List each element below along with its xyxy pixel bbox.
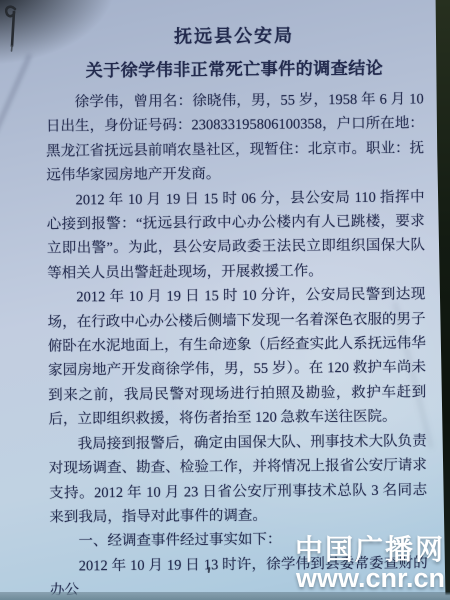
paragraph-investigation-setup: 我局接到报警后，确定由国保大队、刑事技术大队负责对现场调查、勘查、检验工作，并将…: [49, 429, 428, 530]
watermark: 中国广播网 www.cnr.cn: [295, 535, 445, 592]
paper-crease: [0, 54, 31, 156]
document-page: 抚远县公安局 关于徐学伟非正常死亡事件的调查结论 徐学伟，曾用名：徐晓伟，男，5…: [45, 20, 428, 600]
watermark-site-url: www.cnr.cn: [295, 564, 445, 592]
document-title: 抚远县公安局: [45, 20, 423, 49]
paper-pin-icon: [2, 2, 32, 62]
photo-background-bottom-edge: [0, 592, 450, 600]
photo-background-right-edge: [434, 0, 450, 600]
paragraph-scene-arrival: 2012 年 10 月 19 日 15 时 10 分许，公安局民警到达现场，在行…: [47, 283, 426, 433]
watermark-site-name: 中国广播网: [295, 535, 445, 564]
paragraph-alarm-call: 2012 年 10 月 19 日 15 时 06 分，县公安局 110 指挥中心…: [46, 185, 425, 286]
document-subtitle: 关于徐学伟非正常死亡事件的调查结论: [45, 53, 423, 81]
paragraph-intro: 徐学伟，曾用名：徐晓伟，男，55 岁，1958 年 6 月 10 日出生，身份证…: [46, 87, 425, 188]
document-photo: 抚远县公安局 关于徐学伟非正常死亡事件的调查结论 徐学伟，曾用名：徐晓伟，男，5…: [0, 0, 450, 600]
